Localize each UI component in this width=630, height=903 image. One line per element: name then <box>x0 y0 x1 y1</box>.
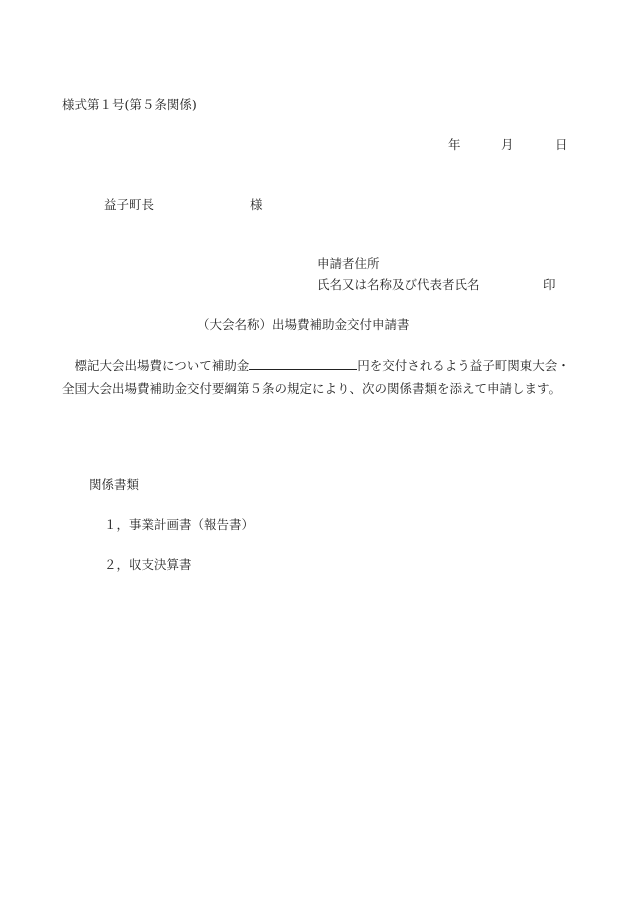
attachment-item: ２，収支決算書 <box>104 557 192 573</box>
date-day-label: 日 <box>555 137 568 153</box>
applicant-address-label: 申請者住所 <box>317 256 380 272</box>
addressee-name: 益子町長 <box>104 197 154 213</box>
application-body: 標記大会出場費について補助金円を交付されるよう益子町関東大会・全国大会出場費補助… <box>62 354 582 400</box>
amount-blank-field[interactable] <box>249 356 357 370</box>
document-title: （大会名称）出場費補助金交付申請書 <box>197 317 410 333</box>
addressee-honorific: 様 <box>250 197 263 213</box>
date-month-label: 月 <box>501 137 514 153</box>
seal-label: 印 <box>543 277 556 293</box>
body-text-part1: 標記大会出場費について補助金 <box>62 358 249 373</box>
attachment-item: １，事業計画書（報告書） <box>104 517 254 533</box>
date-year-label: 年 <box>448 137 461 153</box>
attachments-heading: 関係書類 <box>89 477 139 493</box>
form-number: 様式第１号(第５条関係) <box>62 97 197 113</box>
applicant-name-label: 氏名又は名称及び代表者氏名 <box>317 277 480 293</box>
